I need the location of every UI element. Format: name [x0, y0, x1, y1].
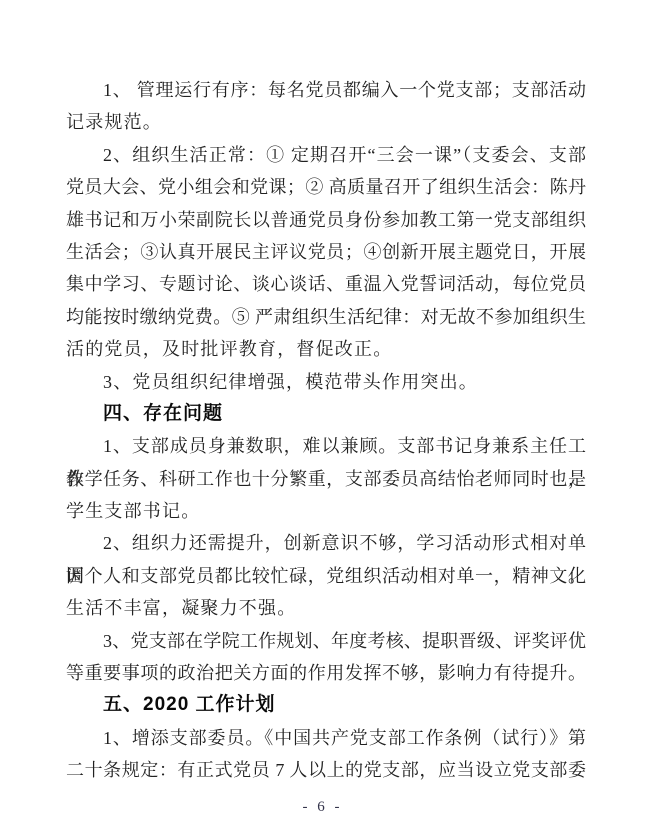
paragraph-line: 2、组织生活正常：① 定期召开“三会一课”（支委会、支部: [66, 139, 586, 171]
paragraph-line: 2、组织力还需提升，创新意识不够，学习活动形式相对单调。: [66, 527, 586, 559]
paragraph-line: 学生支部书记。: [66, 495, 586, 527]
paragraph-line: 活的党员，及时批评教育，督促改正。: [66, 333, 586, 365]
paragraph-line: 1、支部成员身兼数职，难以兼顾。支部书记身兼系主任工作，: [66, 430, 586, 462]
paragraph-line: 1、 管理运行有序：每名党员都编入一个党支部；支部活动: [66, 74, 586, 106]
document-lines: 1、 管理运行有序：每名党员都编入一个党支部；支部活动记录规范。2、组织生活正常…: [66, 74, 586, 787]
paragraph-line: 等重要事项的政治把关方面的作用发挥不够，影响力有待提升。: [66, 657, 586, 689]
section-heading: 四、存在问题: [66, 398, 586, 430]
page-footer: - 6 -: [0, 799, 645, 816]
paragraph-line: 生活会；③认真开展民主评议党员；④创新开展主题党日，开展: [66, 236, 586, 268]
paragraph-line: 党员大会、党小组会和党课；② 高质量召开了组织生活会：陈丹: [66, 171, 586, 203]
section-heading: 五、2020 工作计划: [66, 689, 586, 721]
paragraph-line: 因个人和支部党员都比较忙碌，党组织活动相对单一，精神文化: [66, 560, 586, 592]
paragraph-line: 雄书记和万小荣副院长以普通党员身份参加教工第一党支部组织: [66, 204, 586, 236]
paragraph-line: 教学任务、科研工作也十分繁重，支部委员高结怡老师同时也是: [66, 463, 586, 495]
document-page: 1、 管理运行有序：每名党员都编入一个党支部；支部活动记录规范。2、组织生活正常…: [0, 0, 645, 823]
paragraph-line: 生活不丰富，凝聚力不强。: [66, 592, 586, 624]
paragraph-line: 记录规范。: [66, 106, 586, 138]
paragraph-line: 集中学习、专题讨论、谈心谈话、重温入党誓词活动，每位党员: [66, 268, 586, 300]
paragraph-line: 二十条规定：有正式党员 7 人以上的党支部，应当设立党支部委: [66, 754, 586, 786]
paragraph-line: 3、党员组织纪律增强，模范带头作用突出。: [66, 366, 586, 398]
paragraph-line: 均能按时缴纳党费。⑤ 严肃组织生活纪律：对无故不参加组织生: [66, 301, 586, 333]
paragraph-line: 3、党支部在学院工作规划、年度考核、提职晋级、评奖评优: [66, 625, 586, 657]
paragraph-line: 1、增添支部委员。《中国共产党支部工作条例（试行）》第: [66, 722, 586, 754]
page-number: - 6 -: [303, 799, 343, 815]
